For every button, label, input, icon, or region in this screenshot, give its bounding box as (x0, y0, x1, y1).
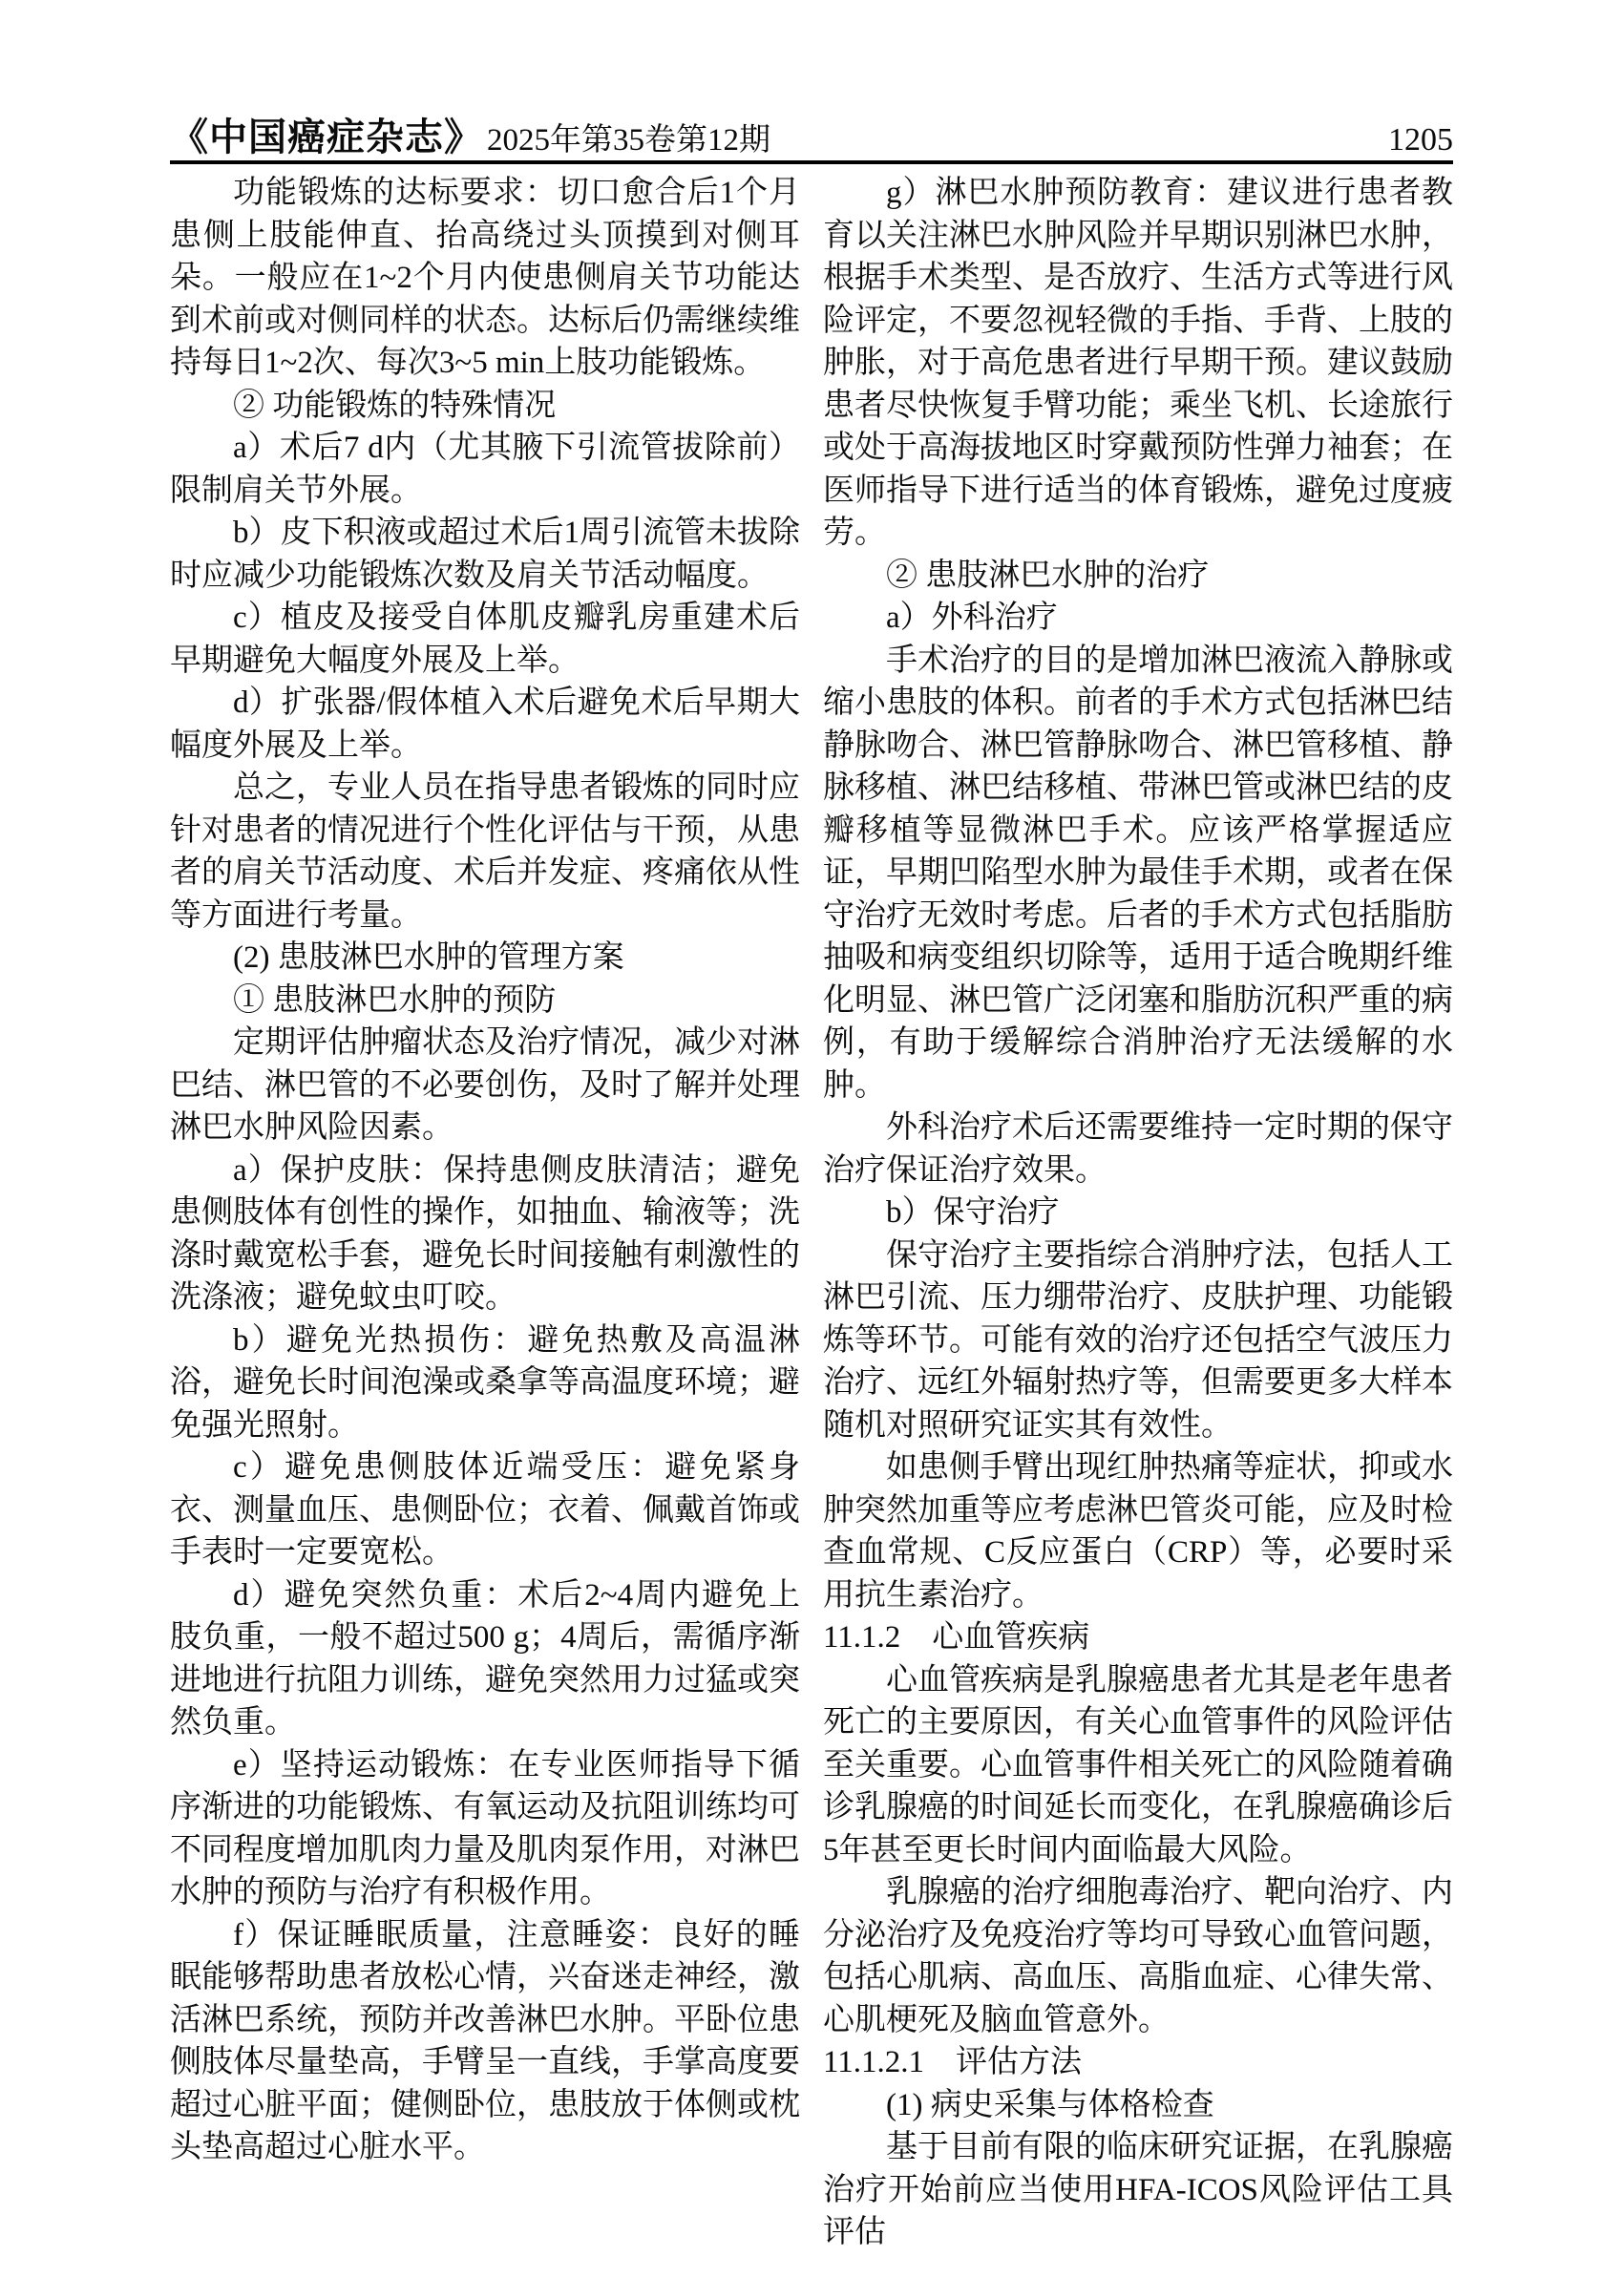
paragraph: 功能锻炼的达标要求：切口愈合后1个月患侧上肢能伸直、抬高绕过头顶摸到对侧耳朵。一… (170, 172, 800, 385)
paragraph: 保守治疗主要指综合消肿疗法，包括人工淋巴引流、压力绷带治疗、皮肤护理、功能锻炼等… (823, 1234, 1453, 1447)
paragraph: 乳腺癌的治疗细胞毒治疗、靶向治疗、内分泌治疗及免疫治疗等均可导致心血管问题，包括… (823, 1871, 1453, 2041)
paragraph: 如患侧手臂出现红肿热痛等症状，抑或水肿突然加重等应考虑淋巴管炎可能，应及时检查血… (823, 1446, 1453, 1616)
section-heading: 11.1.2 心血管疾病 (823, 1616, 1453, 1659)
right-column: g）淋巴水肿预防教育：建议进行患者教育以关注淋巴水肿风险并早期识别淋巴水肿，根据… (823, 172, 1453, 2254)
paragraph: d）扩张器/假体植入术后避免术后早期大幅度外展及上举。 (170, 682, 800, 767)
paragraph: a）保护皮肤：保持患侧皮肤清洁；避免患侧肢体有创性的操作，如抽血、输液等；洗涤时… (170, 1150, 800, 1319)
paragraph: b）皮下积液或超过术后1周引流管未拔除时应减少功能锻炼次数及肩关节活动幅度。 (170, 512, 800, 597)
paragraph: 心血管疾病是乳腺癌患者尤其是老年患者死亡的主要原因，有关心血管事件的风险评估至关… (823, 1659, 1453, 1872)
journal-title: 《中国癌症杂志》 (170, 107, 483, 161)
paragraph: c）植皮及接受自体肌皮瓣乳房重建术后早期避免大幅度外展及上举。 (170, 597, 800, 682)
paragraph: a）外科治疗 (823, 597, 1453, 640)
paragraph: e）坚持运动锻炼：在专业医师指导下循序渐进的功能锻炼、有氧运动及抗阻训练均可不同… (170, 1744, 800, 1914)
paragraph: 基于目前有限的临床研究证据，在乳腺癌治疗开始前应当使用HFA-ICOS风险评估工… (823, 2126, 1453, 2254)
paragraph: d）避免突然负重：术后2~4周内避免上肢负重，一般不超过500 g；4周后，需循… (170, 1574, 800, 1744)
paragraph: f）保证睡眠质量，注意睡姿：良好的睡眠能够帮助患者放松心情，兴奋迷走神经，激活淋… (170, 1914, 800, 2169)
paragraph: g）淋巴水肿预防教育：建议进行患者教育以关注淋巴水肿风险并早期识别淋巴水肿，根据… (823, 172, 1453, 555)
paragraph: ② 患肢淋巴水肿的治疗 (823, 555, 1453, 598)
issue-info: 2025年第35卷第12期 (487, 115, 770, 159)
paragraph: b）保守治疗 (823, 1192, 1453, 1234)
left-column: 功能锻炼的达标要求：切口愈合后1个月患侧上肢能伸直、抬高绕过头顶摸到对侧耳朵。一… (170, 172, 800, 2254)
journal-page: 《中国癌症杂志》 2025年第35卷第12期 1205 功能锻炼的达标要求：切口… (0, 0, 1624, 2278)
paragraph: ① 患肢淋巴水肿的预防 (170, 980, 800, 1023)
paragraph: (1) 病史采集与体格检查 (823, 2084, 1453, 2127)
paragraph: 定期评估肿瘤状态及治疗情况，减少对淋巴结、淋巴管的不必要创伤，及时了解并处理淋巴… (170, 1022, 800, 1150)
text-columns: 功能锻炼的达标要求：切口愈合后1个月患侧上肢能伸直、抬高绕过头顶摸到对侧耳朵。一… (170, 172, 1453, 2254)
header-rule (170, 160, 1453, 164)
paragraph: 外科治疗术后还需要维持一定时期的保守治疗保证治疗效果。 (823, 1107, 1453, 1192)
page-header: 《中国癌症杂志》 2025年第35卷第12期 1205 (170, 107, 1453, 161)
paragraph: (2) 患肢淋巴水肿的管理方案 (170, 937, 800, 980)
paragraph: b）避免光热损伤：避免热敷及高温淋浴，避免长时间泡澡或桑拿等高温度环境；避免强光… (170, 1319, 800, 1447)
paragraph: 手术治疗的目的是增加淋巴液流入静脉或缩小患肢的体积。前者的手术方式包括淋巴结静脉… (823, 640, 1453, 1107)
paragraph: ② 功能锻炼的特殊情况 (170, 385, 800, 428)
paragraph: a）术后7 d内（尤其腋下引流管拔除前）限制肩关节外展。 (170, 427, 800, 512)
page-number: 1205 (1388, 122, 1453, 158)
section-heading: 11.1.2.1 评估方法 (823, 2041, 1453, 2084)
paragraph: 总之，专业人员在指导患者锻炼的同时应针对患者的情况进行个性化评估与干预，从患者的… (170, 767, 800, 937)
paragraph: c）避免患侧肢体近端受压：避免紧身衣、测量血压、患侧卧位；衣着、佩戴首饰或手表时… (170, 1446, 800, 1574)
